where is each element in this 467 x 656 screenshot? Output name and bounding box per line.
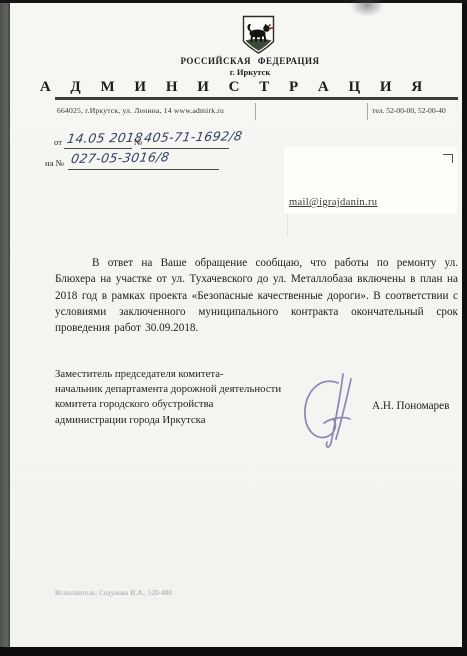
letterhead-address: 664025, г.Иркутск, ул. Ленина, 14 www.ad…	[57, 106, 224, 115]
scanned-letter-page: РОССИЙСКАЯ ФЕДЕРАЦИЯ г. Иркутск А Д М И …	[0, 0, 467, 656]
letterhead-city: г. Иркутск	[130, 67, 370, 77]
ref-from-label: от	[54, 137, 62, 147]
ref-number-value-handwritten: 405-71-1692/8	[143, 128, 244, 145]
redaction-corner-mark	[443, 154, 453, 163]
scan-edge-bottom	[0, 647, 467, 656]
scan-faint-edge	[287, 214, 288, 236]
letterhead-divider-right	[367, 103, 368, 120]
signer-name: А.Н. Пономарев	[372, 400, 449, 412]
ref-from-value-handwritten: 14.05 2018	[66, 130, 144, 146]
letterhead-rule	[55, 97, 458, 100]
ref-reply-label: на №	[45, 158, 64, 168]
scan-edge-right	[462, 0, 467, 656]
scan-edge-left	[0, 0, 10, 656]
letterhead-organization: А Д М И Н И С Т Р А Ц И Я	[30, 79, 440, 96]
body-paragraph: В ответ на Ваше обращение сообщаю, что р…	[55, 255, 458, 336]
irkutsk-coat-of-arms-icon	[242, 15, 275, 55]
scan-edge-top	[0, 0, 467, 3]
letterhead-divider-left	[255, 103, 256, 120]
letterhead-phone: тел. 52-00-00, 52-00-40	[372, 106, 446, 115]
letterhead-country: РОССИЙСКАЯ ФЕДЕРАЦИЯ	[130, 56, 370, 66]
handwritten-signature-icon	[298, 370, 360, 455]
ref-reply-value-handwritten: 027-05-3016/8	[70, 149, 171, 166]
scan-smudge-artifact	[350, 0, 384, 17]
recipient-email: mail@igrajdanin.ru	[289, 197, 377, 208]
executor-note: Исполнитель: Седунова И.А., 520-488	[55, 590, 172, 597]
